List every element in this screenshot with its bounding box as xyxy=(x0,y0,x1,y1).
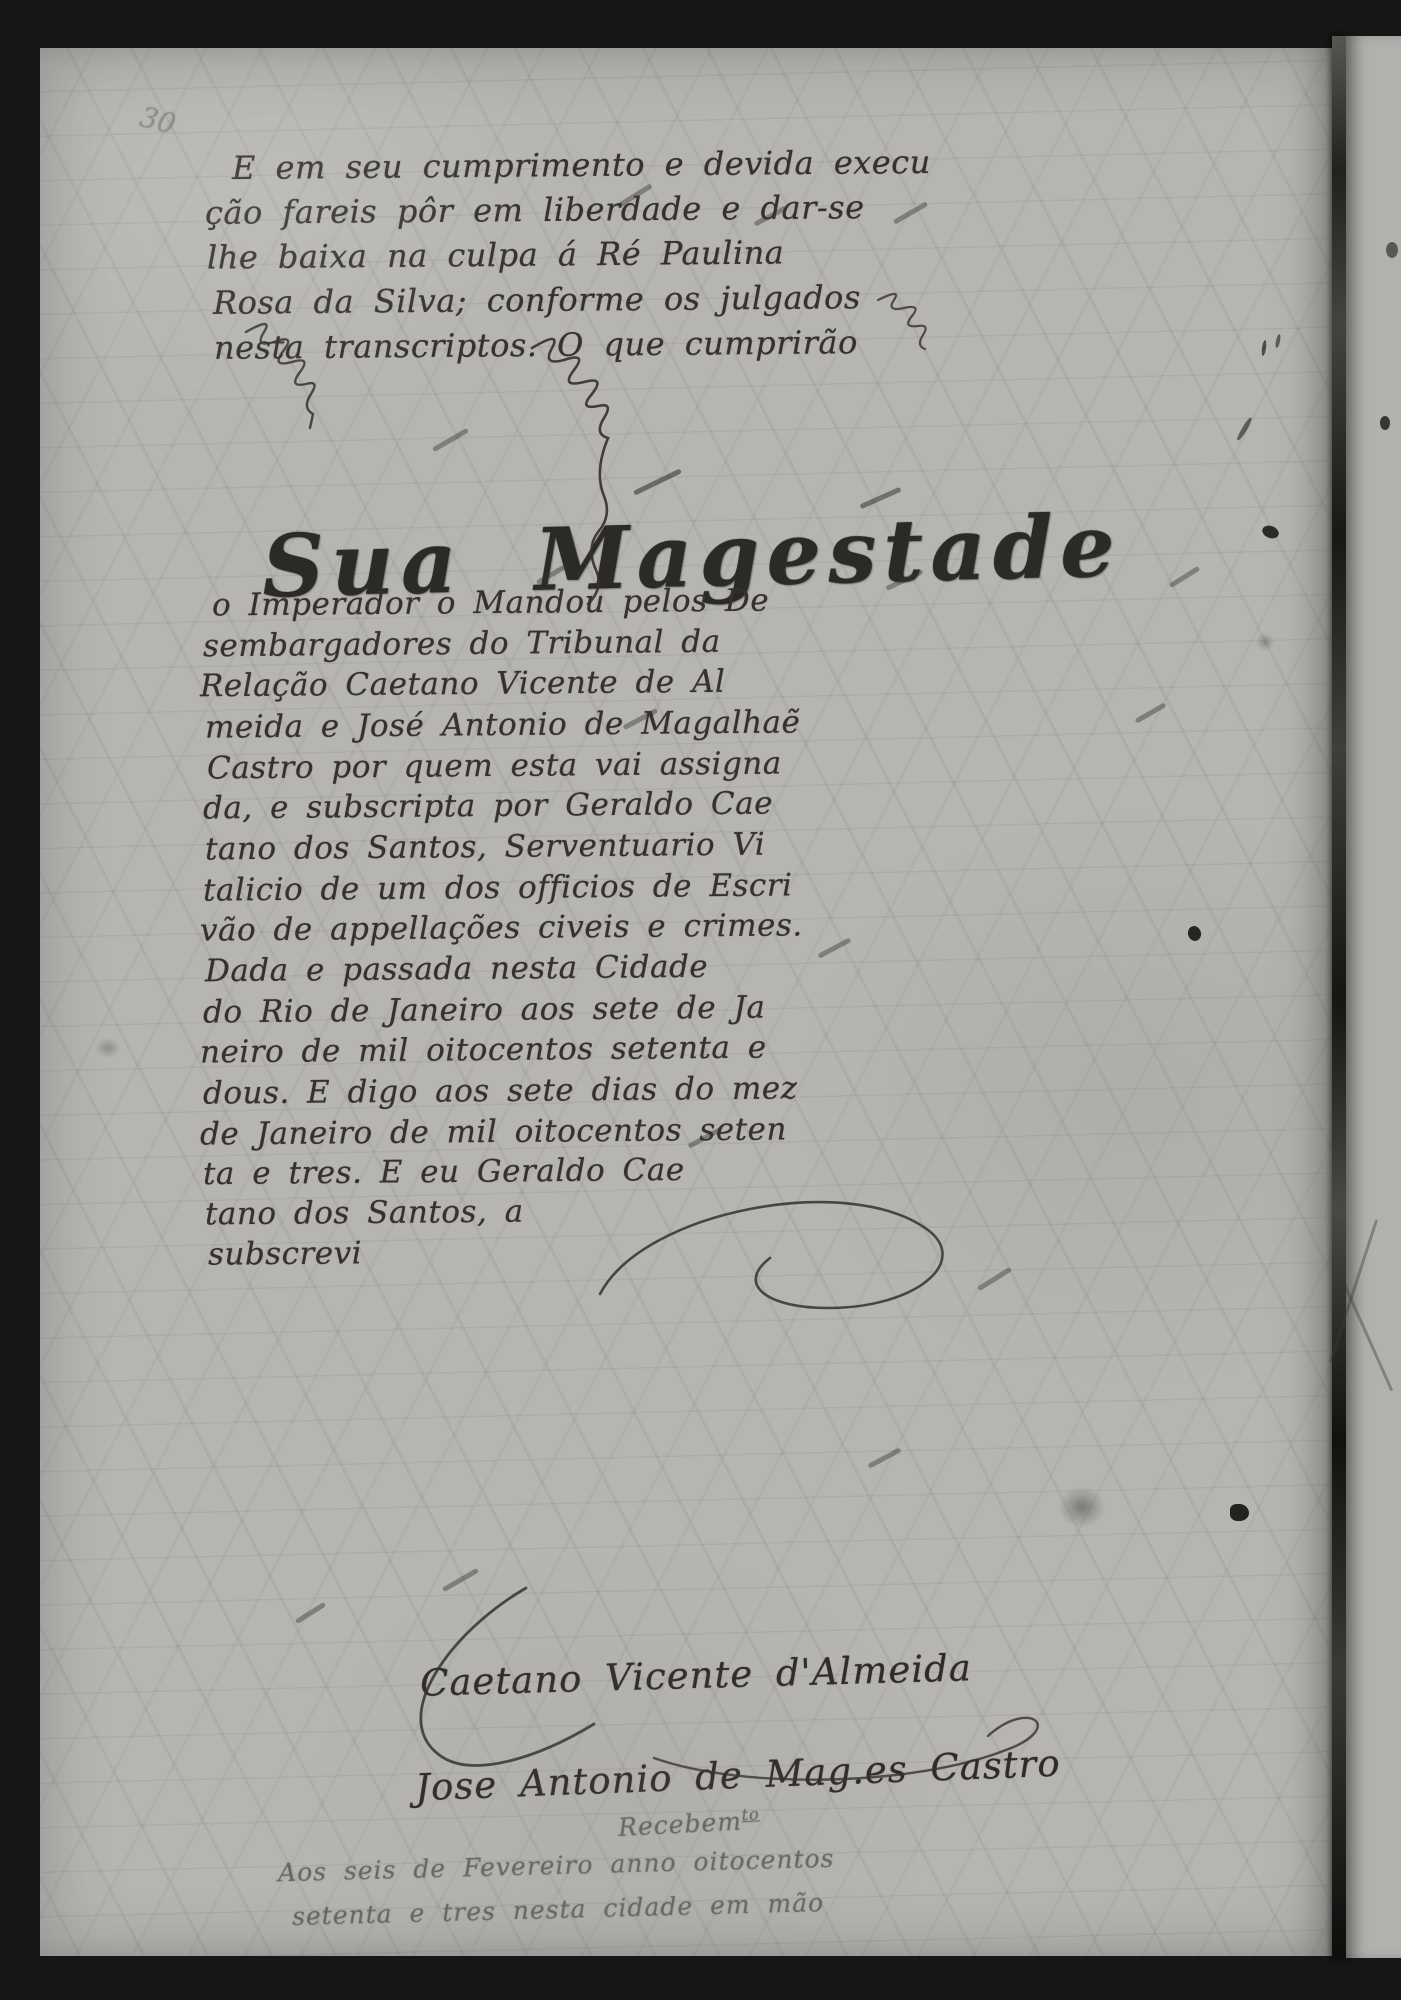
ink-mark xyxy=(1236,416,1253,441)
receipt-note-line: setenta e tres nesta cidade em mão xyxy=(292,1888,825,1931)
bleed-mark xyxy=(633,468,682,495)
manuscript-line: talicio de um dos officios de Escri xyxy=(203,867,793,908)
ink-blot xyxy=(1260,523,1280,540)
scratch-mark xyxy=(1342,1281,1394,1392)
bleed-mark xyxy=(893,201,928,224)
receipt-note-title: Recebemto xyxy=(617,1804,760,1842)
folio-pencil-number: 30 xyxy=(137,100,180,141)
bleed-mark xyxy=(867,1447,901,1468)
manuscript-line: Dada e passada nesta Cidade xyxy=(205,949,708,989)
bleed-mark xyxy=(432,428,469,452)
next-folio-edge xyxy=(1346,36,1401,1958)
bleed-mark xyxy=(1169,566,1200,588)
bleed-mark xyxy=(442,1568,479,1592)
manuscript-line: vão de appellações civeis e crimes. xyxy=(200,907,803,948)
manuscript-line: tano dos Santos, Serventuario Vi xyxy=(205,827,766,868)
signature-caetano-vicente: Caetano Vicente d'Almeida xyxy=(420,1646,973,1704)
ink-mark xyxy=(1261,340,1267,356)
manuscript-line: nesta transcriptos. O que cumprirão xyxy=(214,323,858,367)
scan-background: { "scan": { "language": "Portuguese", "p… xyxy=(0,0,1401,2000)
manuscript-line: lhe baixa na culpa á Ré Paulina xyxy=(207,233,785,276)
ink-blot xyxy=(1186,925,1202,943)
manuscript-line: neiro de mil oitocentos setenta e xyxy=(200,1030,767,1071)
stain xyxy=(95,1038,121,1058)
manuscript-line: o Imperador o Mandou pelos De xyxy=(212,583,769,624)
manuscript-line: tano dos Santos, a xyxy=(205,1194,524,1233)
manuscript-line: dous. E digo aos sete dias do mez xyxy=(203,1070,798,1111)
manuscript-line: Castro por quem esta vai assigna xyxy=(207,745,782,786)
manuscript-line: ção fareis pôr em liberdade e dar-se xyxy=(205,188,865,232)
stain xyxy=(1255,633,1275,651)
signature-jose-antonio: Jose Antonio de Mag.es Castro xyxy=(414,1742,1061,1810)
manuscript-line: do Rio de Janeiro aos sete de Ja xyxy=(203,990,766,1031)
manuscript-line: E em seu cumprimento e devida execu xyxy=(232,143,931,187)
ink-blot xyxy=(1380,416,1390,430)
receipt-note-line: Aos seis de Fevereiro anno oitocentos xyxy=(278,1844,835,1888)
flourish-underline-loop-icon xyxy=(600,1202,943,1308)
book-gutter xyxy=(1332,36,1346,1958)
receipt-title-superscript: to xyxy=(741,1804,760,1824)
manuscript-line: sembargadores do Tribunal da xyxy=(203,624,721,665)
manuscript-line: subscrevi xyxy=(208,1235,362,1272)
bleed-mark xyxy=(977,1267,1012,1291)
bleed-mark xyxy=(295,1602,326,1624)
manuscript-line: da, e subscripta por Geraldo Cae xyxy=(203,786,773,827)
flourish-coil-right-icon xyxy=(878,294,926,349)
manuscript-line: meida e José Antonio de Magalhaẽ xyxy=(205,704,801,745)
manuscript-line: de Janeiro de mil oitocentos seten xyxy=(200,1111,787,1152)
manuscript-line: Rosa da Silva; conforme os julgados xyxy=(213,278,861,322)
bleed-mark xyxy=(1135,702,1167,723)
ink-blot xyxy=(1230,1504,1249,1521)
ink-mark xyxy=(1275,334,1282,349)
stain xyxy=(1386,242,1398,258)
manuscript-page: 30 E em seu cumprimento e devida execu ç… xyxy=(40,48,1332,1956)
manuscript-line: Relação Caetano Vicente de Al xyxy=(200,664,726,705)
bleed-mark xyxy=(817,937,851,958)
stain xyxy=(1058,1486,1106,1528)
receipt-title-base: Recebem xyxy=(617,1807,742,1842)
manuscript-line: ta e tres. E eu Geraldo Cae xyxy=(203,1152,685,1192)
